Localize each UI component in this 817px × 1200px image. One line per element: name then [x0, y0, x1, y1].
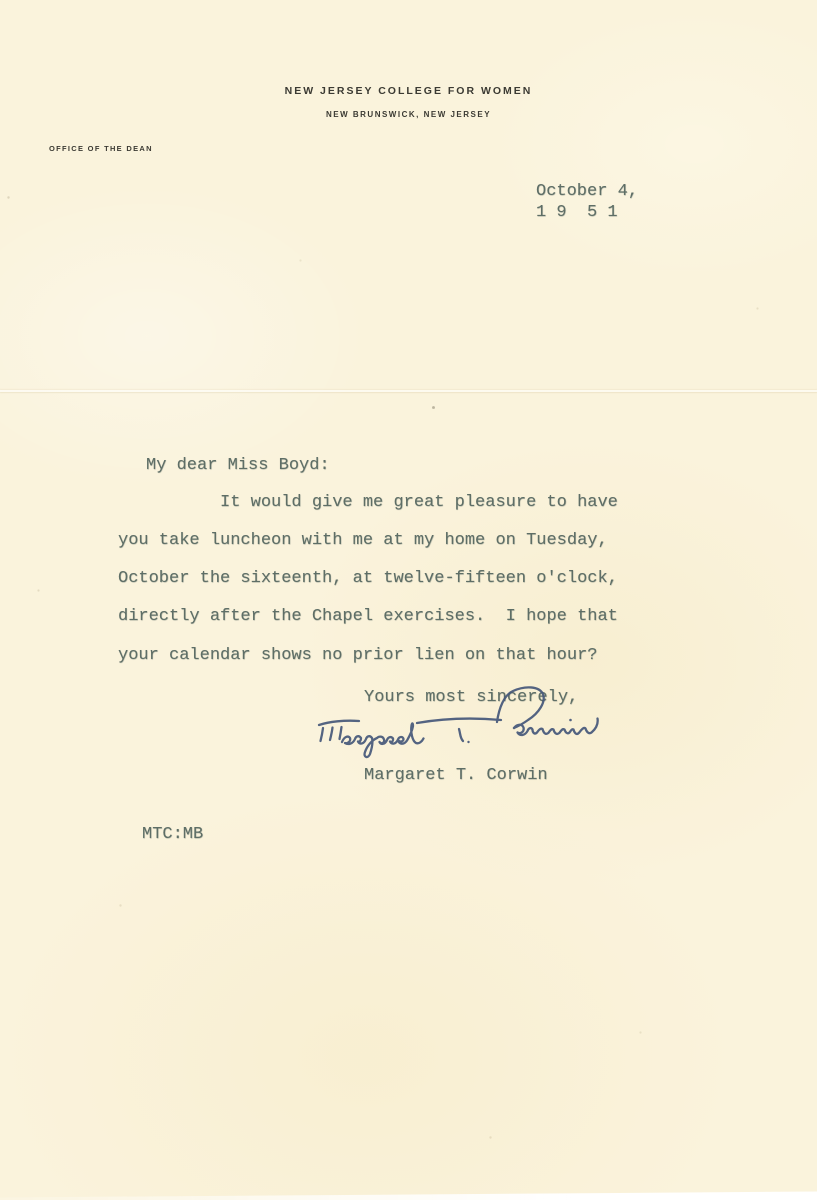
letterhead-institution: NEW JERSEY COLLEGE FOR WOMEN — [0, 85, 817, 97]
signature-m-stroke — [321, 728, 324, 741]
signature-m-stroke — [330, 728, 333, 741]
fold-crease — [0, 390, 817, 392]
signature-c-loop — [497, 687, 544, 728]
signature-t-cross — [417, 719, 501, 723]
typed-signature-name: Margaret T. Corwin — [364, 766, 548, 786]
letter-page: NEW JERSEY COLLEGE FOR WOMEN NEW BRUNSWI… — [0, 0, 817, 1200]
date-month-day: October 4, — [536, 182, 638, 201]
signature-t-dot — [467, 741, 469, 743]
signature-handwriting — [313, 684, 613, 764]
signature-argaret — [342, 723, 424, 757]
date-year: 1 9 5 1 — [536, 203, 618, 222]
date-block: October 4,1 9 5 1 — [536, 181, 638, 223]
signature-m-bar — [319, 721, 359, 725]
body-line: you take luncheon with me at my home on … — [118, 531, 608, 551]
body-line: your calendar shows no prior lien on tha… — [118, 646, 597, 666]
reference-initials: MTC:MB — [142, 825, 203, 845]
letterhead-location: NEW BRUNSWICK, NEW JERSEY — [0, 110, 817, 119]
signature-i-dot — [569, 719, 572, 722]
body-line: It would give me great pleasure to have — [118, 493, 618, 513]
signature-m-stroke — [340, 727, 342, 739]
scan-edge-bottom — [0, 1190, 817, 1200]
salutation: My dear Miss Boyd: — [146, 456, 330, 476]
body-line: directly after the Chapel exercises. I h… — [118, 607, 618, 627]
letterhead-office: OFFICE OF THE DEAN — [49, 144, 153, 153]
signature-t-tick — [459, 729, 463, 741]
paper-speckles — [0, 0, 1, 1]
body-line: October the sixteenth, at twelve-fifteen… — [118, 569, 618, 589]
